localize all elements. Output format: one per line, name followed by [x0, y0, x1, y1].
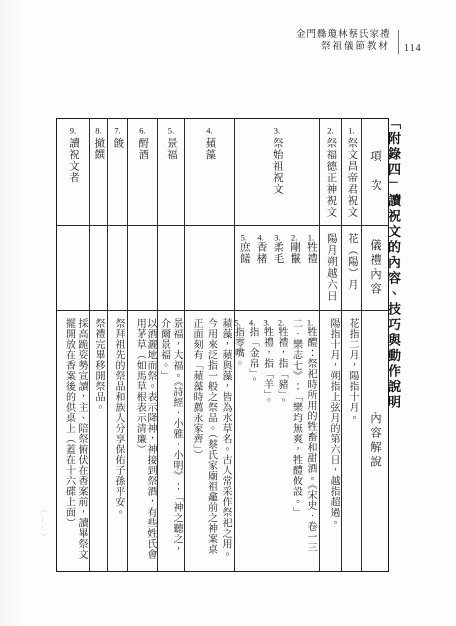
- table-header-item: 項 次: [362, 119, 388, 226]
- table-cell-expl-1: 花指二月，陽指十月。: [342, 311, 362, 571]
- book-title: 金門縣瓊林蔡氏家禮: [296, 29, 390, 41]
- item-name: 2.祭福德正神祝文: [323, 126, 339, 218]
- table-cell-expl-5: 景福，大福。《詩經．小雅．小明》：「神之聽之，介爾景福。」: [158, 311, 185, 571]
- table-cell-item-8: 8.撤饌: [90, 119, 108, 226]
- rite-content: 花（陽）月: [343, 233, 360, 291]
- explanation: 祭禮完畢移開祭品。: [91, 318, 106, 413]
- item-name: 8.撤饌: [91, 126, 107, 161]
- explanation: 祭拜祖先的祭品和族人分享保佑子孫平安。: [111, 318, 126, 518]
- table-cell-rite-4: [185, 226, 235, 311]
- scanned-book-page: 金門縣瓊林蔡氏家禮 祭祖儀節教材 114 「附錄四」讀祝文的內容、技巧與動作說明…: [0, 0, 456, 626]
- table-cell-expl-2: 陽指十月，朔指上弦月的第六日，越指超過。: [320, 311, 342, 571]
- table-cell-item-3: 3.祭始祖祝文: [235, 119, 320, 226]
- header-divider-line: [398, 30, 399, 54]
- rite-content: 陽月朔越六日: [322, 233, 339, 302]
- column-header: 項 次: [367, 150, 383, 194]
- page-number: 114: [404, 43, 422, 54]
- explanation: 景福，大福。《詩經．小雅．小明》：「神之聽之，介爾景福。」: [158, 318, 182, 564]
- table-cell-expl-9: 採高跪姿勢宣讀，主、陪祭俯伏在香案前，讀畢祭文擺開放在香案後的供桌上（蓋在十六碟…: [57, 311, 90, 571]
- table-cell-item-4: 4.蘋藻: [185, 119, 235, 226]
- table-cell-expl-7: 祭拜祖先的祭品和族人分享保佑子孫平安。: [108, 311, 128, 571]
- table-cell-expl-4: 蘋藻，蘋與藻，皆為水草名。古人常采作祭祀之用。今用來泛指一般之祭品。（蔡氏家廟祖…: [185, 311, 235, 571]
- table-cell-rite-2: 陽月朔越六日: [320, 226, 342, 311]
- table-cell-rite-7: [108, 226, 128, 311]
- table-cell-item-6: 6.酹酒: [128, 119, 158, 226]
- explanation: 1.牲醴：祭祀時所用的牲畜和甜酒。《宋史．卷一三二．樂志七》：「樂均無爽，牲醴攸…: [235, 318, 317, 564]
- table-cell-item-7: 7.餕: [108, 119, 128, 226]
- table-cell-rite-5: [158, 226, 185, 311]
- rite-content: 1.牲禮2.剛鬣3.柔毛4.香楮5.庶饈: [235, 233, 319, 265]
- item-name: 6.酹酒: [135, 126, 151, 161]
- item-name: 4.蘋藻: [202, 126, 218, 161]
- table-cell-rite-6: [128, 226, 158, 311]
- table-cell-rite-1: 花（陽）月: [342, 226, 362, 311]
- explanation: 蘋藻，蘋與藻，皆為水草名。古人常采作祭祀之用。今用來泛指一般之祭品。（蔡氏家廟祖…: [189, 318, 233, 564]
- explanation: 採高跪姿勢宣讀，主、陪祭俯伏在香案前，讀畢祭文擺開放在香案後的供桌上（蓋在十六碟…: [62, 318, 87, 564]
- explanation: 陽指十月，朔指上弦月的第六日，越指超過。: [327, 318, 340, 528]
- table-cell-item-5: 5.景福: [158, 119, 185, 226]
- item-name: 3.祭始祖祝文: [269, 126, 285, 195]
- table-cell-item-9: 9.讀祝文者: [57, 119, 90, 226]
- table-cell-item-1: 1.祭文昌帝君祝文: [342, 119, 362, 226]
- running-head: 金門縣瓊林蔡氏家禮 祭祖儀節教材: [296, 29, 390, 53]
- item-name: 5.景福: [163, 126, 179, 161]
- table-cell-expl-3: 1.牲醴：祭祀時所用的牲畜和甜酒。《宋史．卷一三二．樂志七》：「樂均無爽，牲醴攸…: [235, 311, 320, 571]
- table-header-rite: 儀禮內容: [362, 226, 388, 311]
- table-cell-rite-9: [57, 226, 90, 311]
- table-header-explanation: 內容解說: [362, 311, 388, 571]
- faint-margin-note: （……）: [39, 506, 49, 602]
- item-name: 9.讀祝文者: [65, 126, 81, 184]
- item-name: 1.祭文昌帝君祝文: [344, 126, 360, 218]
- column-header: 儀禮內容: [367, 239, 383, 297]
- table-cell-rite-8: [90, 226, 108, 311]
- scan-edge-shading: [0, 0, 26, 626]
- table-cell-rite-3: 1.牲禮2.剛鬣3.柔毛4.香楮5.庶饈: [235, 226, 320, 311]
- table-cell-expl-8: 祭禮完畢移開祭品。: [90, 311, 108, 571]
- explanation: 花指二月，陽指十月。: [345, 318, 360, 423]
- explanation: 以酒灑地而祭。表示降神，神接到祭酒，有些姓氏會用茅草（如馬草根表示清廉）: [133, 318, 155, 564]
- table-cell-expl-6: 以酒灑地而祭。表示降神，神接到祭酒，有些姓氏會用茅草（如馬草根表示清廉）: [128, 311, 158, 571]
- rites-table: 9.讀祝文者 8.撤饌 7.餕 6.酹酒 5.景福 4.蘋藻 3.祭始祖祝文 2…: [56, 118, 389, 572]
- column-header: 內容解說: [367, 412, 383, 470]
- table-cell-item-2: 2.祭福德正神祝文: [320, 119, 342, 226]
- book-subtitle: 祭祖儀節教材: [296, 41, 390, 53]
- item-name: 7.餕: [110, 126, 126, 149]
